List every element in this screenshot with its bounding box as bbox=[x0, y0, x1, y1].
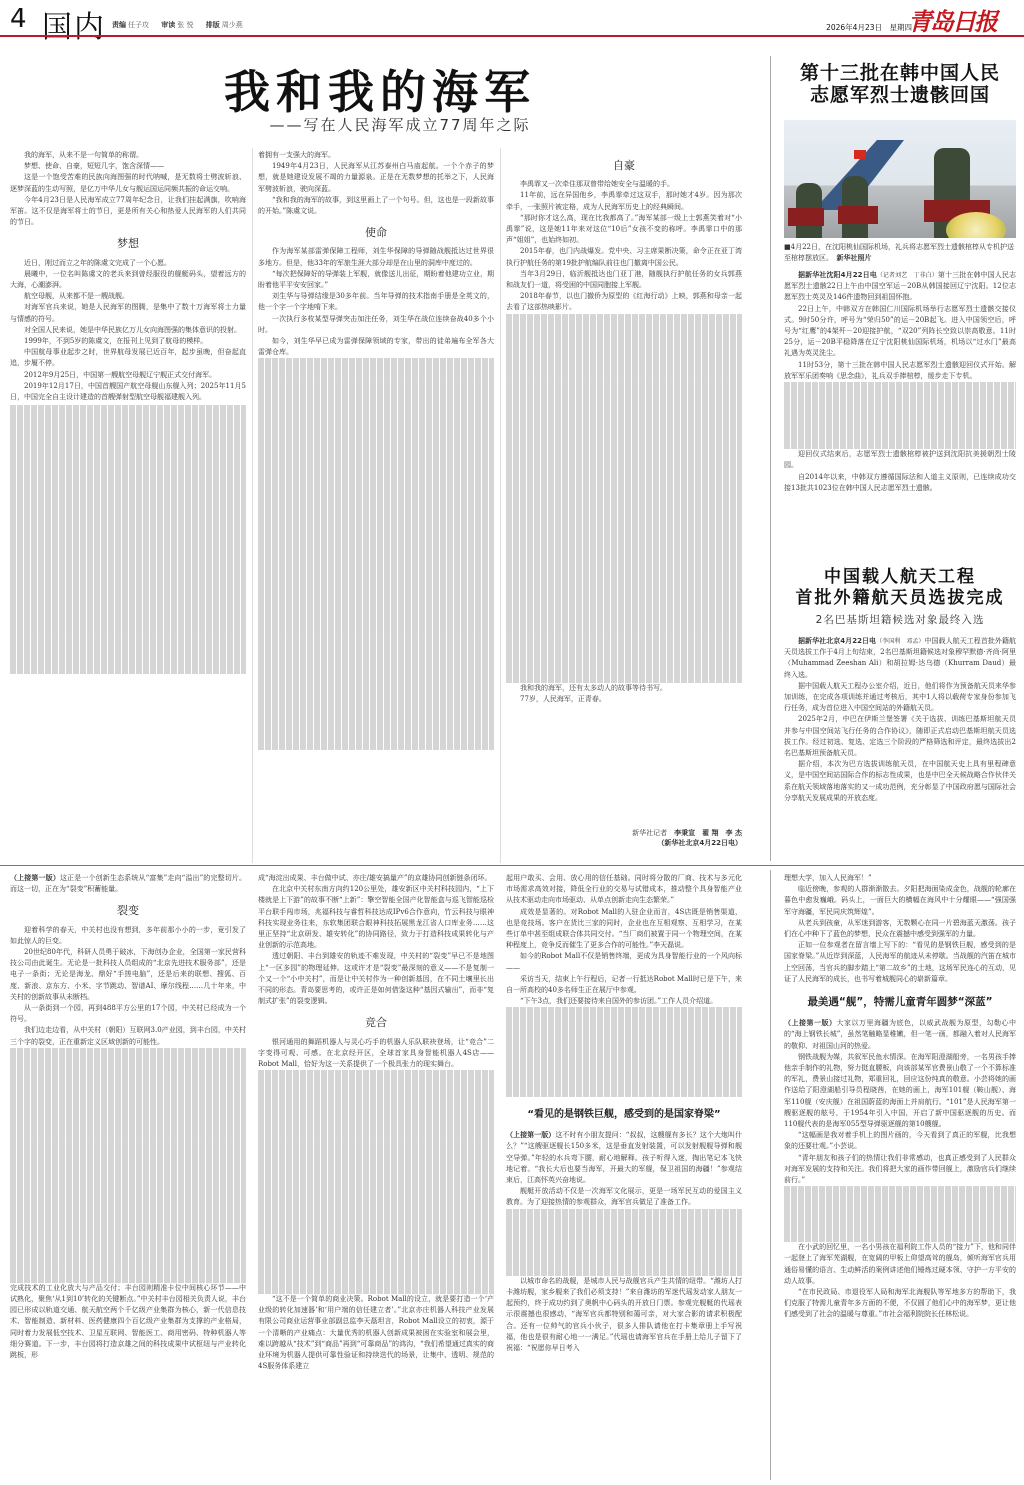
paragraph: 1949年4月23日，人民海军从江苏泰州白马庙起航。一个个赤子的梦想，就是她建设… bbox=[258, 161, 494, 195]
credit-name: 周少燕 bbox=[222, 21, 243, 29]
main-article-col-3: 自豪 李禹霏又一次牵住那双曾带给她安全与温暖的手。 11年前，远在异国他乡，李禹… bbox=[506, 160, 742, 705]
flower-wreath bbox=[946, 212, 1006, 238]
paragraph: 银河通用的舞蹈机器人与灵心巧手的机器人乐队联袂登场，让“竞合”二字变得可观、可感… bbox=[258, 1037, 494, 1071]
section-heading-dream: 梦想 bbox=[10, 238, 246, 249]
paragraph: 采访当天，结束上午行程后，记者一行抵达Robot Mall时已是下午，来自一所高… bbox=[506, 974, 742, 996]
section-heading-mission: 使命 bbox=[258, 227, 494, 238]
paragraph: 2019年12月17日，中国首艘国产航空母舰山东舰入列；2025年11月5日，中… bbox=[10, 381, 246, 403]
paragraph: 从老兵到孩童，从军迷到游客，无数颗心在同一片碧海蓝天激荡。孩子们在心中种下了蓝色… bbox=[784, 918, 1016, 940]
masthead: 4 国内 责编任子攻 审读张 悦 排版周少燕 2026年4月23日 星期四 青岛… bbox=[0, 0, 1024, 38]
continued-tag: （上接第一版） bbox=[784, 1019, 837, 1027]
paragraph: 我和我的海军，还有太多动人的故事等待书写。 bbox=[506, 683, 742, 694]
paragraph: 迎回仪式结束后，志愿军烈士遗骸棺椁被护送到沈阳抗美援朝烈士陵园。 bbox=[784, 449, 1016, 471]
casket bbox=[838, 206, 878, 224]
paragraph: 在小武的回忆里，一名小男孩在福利院工作人员的“接力”下，他和同伴一起登上了海军芜… bbox=[784, 1242, 1016, 1287]
side-story-2-body: 据新华社北京4月22日电（李国利 邓孟）中国载人航天工程首批外籍航天员选拔工作于… bbox=[784, 636, 1016, 804]
paragraph: 近日，刚过而立之年的陈虞文完成了一个心愿。 bbox=[10, 258, 246, 269]
main-subhead: ——写在人民海军成立77周年之际 bbox=[220, 114, 580, 135]
paragraph: 77岁，人民海军，正青春。 bbox=[506, 694, 742, 705]
paragraph: 2015年春，也门内战爆发。党中央、习主席果断决策，命令正在亚丁湾执行护航任务的… bbox=[506, 246, 742, 268]
continued-tag: （上接第一版） bbox=[10, 874, 60, 882]
issue-date: 2026年4月23日 星期四 bbox=[826, 22, 912, 33]
paragraph: 李禹霏又一次牵住那双曾带给她安全与温暖的手。 bbox=[506, 179, 742, 190]
section-heading-fission: 裂变 bbox=[10, 905, 246, 916]
paragraph: 对全国人民来说，她是中华民族亿万儿女向海图强的集体意识的投射。 bbox=[10, 325, 246, 336]
paragraph: 11年前，远在异国他乡，李禹霏牵过这双手，那时她才4岁。因为那次牵手，一张照片被… bbox=[506, 190, 742, 212]
paragraph: 中国航母事业起步之时，世界航母发展已近百年，起步虽晚，但奋起直追，步履不停。 bbox=[10, 347, 246, 369]
paragraph: 作为海军某部雷弹保障工程师，刘生华保障的导弹随战舰抵达过世界很多地方。但是，他3… bbox=[258, 246, 494, 268]
paragraph: 航空母舰，从来都不是一艘战舰。 bbox=[10, 291, 246, 302]
column-divider bbox=[770, 870, 771, 1480]
main-article-col-1: 我的海军，从来不是一句简单的称谓。 梦想、使命、自豪，短短几字，饱含深情—— 这… bbox=[10, 150, 246, 674]
paragraph: “在市民政局、市退役军人局和海军北海舰队等军地多方的帮助下，我们克服了特需儿童青… bbox=[784, 1287, 1016, 1321]
paragraph: 据中国载人航天工程办公室介绍，近日，他们将作为预备航天员来华参加训练，在完成各项… bbox=[784, 681, 1016, 715]
paragraph: 起用户敢买、会用、放心用的信任基础。同时将分散的厂商、技术与多元化市场需求高效对… bbox=[506, 873, 742, 907]
paragraph: 2025年2月，中巴在伊斯兰堡签署《关于选拔、训练巴基斯坦航天员并参与中国空间站… bbox=[784, 714, 1016, 759]
main-article-col-2: 着拥有一支强大的海军。 1949年4月23日，人民海军从江苏泰州白马庙起航。一个… bbox=[258, 150, 494, 750]
paragraph: 完成技术的工业化放大与产品交付；丰台园则精准卡位中间核心环节——中试熟化，聚焦‘… bbox=[10, 1283, 246, 1361]
lower-article-col-3: 起用户敢买、会用、放心用的信任基础。同时将分散的厂商、技术与多元化市场需求高效对… bbox=[506, 873, 742, 1354]
flag-icon bbox=[854, 150, 866, 159]
paragraph: 迎着科学的春天，中关村也没有想到，多年前那小小的一步，竟引发了如此惊人的巨变。 bbox=[10, 925, 246, 947]
section-heading-pride: 自豪 bbox=[506, 160, 742, 171]
paragraph: 着拥有一支强大的海军。 bbox=[258, 150, 494, 161]
column-divider bbox=[252, 148, 253, 863]
special-needs-title: 最美遇“舰”，特需儿童青年圆梦“深蓝” bbox=[784, 997, 1016, 1008]
paragraph: 透过朝阳、丰台到雄安的轨迹不难发现，中关村的“裂变”早已不是地图上“一区多园”的… bbox=[258, 951, 494, 1007]
paragraph: “青年朋友和孩子们的热情让我们非常感动，也真正感受到了人民群众对海军发展的支持和… bbox=[784, 1153, 1016, 1187]
column-divider bbox=[500, 148, 501, 863]
paragraph: 以城市命名的战舰，是城市人民与战舰官兵产生共情的纽带。“潍坊人打卡潍坊舰，家乡舰… bbox=[506, 1276, 742, 1354]
paragraph: 梦想、使命、自豪，短短几字，饱含深情—— bbox=[10, 161, 246, 172]
paragraph: 我们边走边看，从中关村（朝阳）互联网3.0产业园，到丰台园，中关村三个字的裂变，… bbox=[10, 1025, 246, 1047]
paragraph: 2018年春节，以也门撤侨为原型的《红海行动》上映，郭燕和母亲一起去看了这部热映… bbox=[506, 291, 742, 313]
paragraph: 成效是显著的。对Robot Mall的入驻企业而言，4S店既是销售渠道，也是竞技… bbox=[506, 907, 742, 952]
byline-label: 新华社记者 bbox=[632, 829, 667, 837]
title-line: 中国载人航天工程 bbox=[785, 567, 1015, 588]
section-name: 国内 bbox=[42, 2, 106, 46]
paragraph: 一次执行多枚某型导弹突击加注任务，刘生华在战位连续奋战40多个小时。 bbox=[258, 314, 494, 336]
caption-credit: 新华社照片 bbox=[837, 254, 872, 262]
paragraph: “每次把保障好的导弹装上军舰，就像送儿出征，期盼着他建功立业，期盼着他平平安安回… bbox=[258, 269, 494, 291]
casket bbox=[788, 208, 824, 226]
paragraph: 2012年9月25日，中国第一艘航空母舰辽宁舰正式交付海军。 bbox=[10, 370, 246, 381]
dateline: 据新华社沈阳4月22日电 bbox=[798, 271, 877, 279]
section-heading-compete: 竞合 bbox=[258, 1017, 494, 1028]
paragraph: 对海军官兵来说，她是人民海军的图腾，是集中了数十万海军将士力量与情感的符号。 bbox=[10, 302, 246, 324]
paragraph: 临近傍晚，参观的人群渐渐散去。夕阳把海面染成金色，战舰的轮廓在暮色中愈发巍峨。码… bbox=[784, 884, 1016, 918]
paragraph: 正如一位参观者在留言墙上写下的：“看见的是钢铁巨舰，感受到的是国家脊梁。”从近岸… bbox=[784, 940, 1016, 985]
byline-dateline: （新华社北京4月22日电） bbox=[657, 839, 742, 847]
credit-name: 张 悦 bbox=[177, 21, 193, 29]
editor-credits: 责编任子攻 审读张 悦 排版周少燕 bbox=[112, 20, 253, 30]
repatriation-photo bbox=[784, 120, 1016, 238]
paragraph: “这幅画是我对着手机上的图片画的，今天看到了真正的军舰，比我想象的还要壮观。”小… bbox=[784, 1130, 1016, 1152]
title-line: 第十三批在韩中国人民 bbox=[785, 62, 1015, 84]
paragraph: 在北京中关村东南方向约120公里处，雄安新区中关村科技园内，“上下楼就是上下游”… bbox=[258, 884, 494, 951]
lower-article-col-4: 理想大学，加入人民海军！” 临近傍晚，参观的人群渐渐散去。夕阳把海面染成金色，战… bbox=[784, 873, 1016, 1321]
side-story-1-title: 第十三批在韩中国人民 志愿军烈士遗骸回国 bbox=[785, 62, 1015, 106]
paragraph: 我的海军，从来不是一句简单的称谓。 bbox=[10, 150, 246, 161]
paragraph: “下午3点，我们还要接待来自国外的参访团。”工作人员介绍道。 bbox=[506, 996, 742, 1007]
section-divider bbox=[0, 865, 1024, 866]
paragraph: “那时你才这么高，现在比我都高了。”海军某部一级上士郭燕笑着对“小禹霏”说，这是… bbox=[506, 213, 742, 247]
paragraph: 钢铁战舰为媒，共叙军民鱼水情深。在海军阳澄湖船旁，一名男孩手捧他亲手制作的礼物，… bbox=[784, 1052, 1016, 1130]
caption-text: ■4月22日，在沈阳桃仙国际机场，礼兵将志愿军烈士遗骸棺椁从专机护送至棺椁摆放区… bbox=[784, 243, 1014, 262]
paragraph: 如今，刘生华早已成为雷弹保障领域的专家，带出的徒弟遍布全军各大雷弹仓库。 bbox=[258, 336, 494, 358]
paragraph: 1999年，不到5岁的陈虞文，在报刊上见到了航母的模样。 bbox=[10, 336, 246, 347]
title-line: 志愿军烈士遗骸回国 bbox=[785, 84, 1015, 106]
byline-names: 李秉宣 翟 翔 李 杰 bbox=[674, 829, 742, 837]
paragraph: 11时53分，第十三批在韩中国人民志愿军烈士遗骸迎回仪式开始。解放军军乐团奏响《… bbox=[784, 360, 1016, 382]
paragraph: 自2014年以来，中韩双方遵循国际法和人道主义原则，已连续成功交接13批共102… bbox=[784, 472, 1016, 494]
paragraph: “这不是一个简单的商业决策。Robot Mall的设立，就是要打造一个‘产业级的… bbox=[258, 1294, 494, 1372]
main-byline: 新华社记者 李秉宣 翟 翔 李 杰 （新华社北京4月22日电） bbox=[506, 828, 742, 848]
dateline: 据新华社北京4月22日电 bbox=[798, 637, 876, 645]
navy-open-day-title: “看见的是钢铁巨舰，感受到的是国家脊梁” bbox=[506, 1109, 742, 1120]
continued-tag: （上接第一版） bbox=[506, 1131, 555, 1139]
paragraph: 据介绍，本次为巴方选拔训练航天员，在中国航天史上具有里程碑意义，是中国空间站国际… bbox=[784, 759, 1016, 804]
paragraph: “我和我的海军的故事，到这里画上了一个句号。但，这也是一段新故事的开始。”陈虞文… bbox=[258, 195, 494, 217]
masthead-rule bbox=[0, 35, 1024, 37]
photo-caption: ■4月22日，在沈阳桃仙国际机场，礼兵将志愿军烈士遗骸棺椁从专机护送至棺椁摆放区… bbox=[784, 242, 1016, 264]
paragraph: 这是一个饱受苦难的民族向海图强的时代呐喊，是无数将士劈波斩浪、逐梦深蓝的生动写照… bbox=[10, 172, 246, 194]
lower-article-col-2: 成“海淀出成果、丰台做中试、亦庄/雄安搞量产”的京雄协同创新链条闭环。 在北京中… bbox=[258, 873, 494, 1372]
lower-article-col-1: （上接第一版）这正是一个创新生态系统从“富集”走向“溢出”的完整切片。而这一切，… bbox=[10, 873, 246, 1361]
paragraph: 成“海淀出成果、丰台做中试、亦庄/雄安搞量产”的京雄协同创新链条闭环。 bbox=[258, 873, 494, 884]
main-headline: 我和我的海军 bbox=[150, 56, 610, 122]
paragraph: 如今的Robot Mall不仅是销售终端，更成为具身智能行业的一个风向标—— bbox=[506, 951, 742, 973]
page-number: 4 bbox=[10, 4, 27, 34]
reporters: （李国利 邓孟） bbox=[876, 638, 924, 645]
side-story-1-body: 据新华社沈阳4月22日电（记者刘艺 丁非白）第十三批在韩中国人民志愿军烈士遗骸2… bbox=[784, 270, 1016, 494]
credit-name: 任子攻 bbox=[128, 21, 149, 29]
paragraph: 晨曦中，一位名叫陈虞文的老兵来到曾经服役的舰艇码头，望着远方的大海，心潮澎湃。 bbox=[10, 269, 246, 291]
paragraph: 从一条街到一个园，再到488平方公里的17个园，中关村已经成为一个符号。 bbox=[10, 1003, 246, 1025]
paragraph: 今年4月23日是人民海军成立77周年纪念日，让我们挂起满旗，吹响海军笛。这不仅是… bbox=[10, 195, 246, 229]
credit-role: 排版 bbox=[206, 21, 220, 29]
paragraph: 20世纪80年代，科研人员勇于破冰，下海创办企业，全国第一家民营科技公司由此诞生… bbox=[10, 947, 246, 1003]
side-story-2-title: 中国载人航天工程 首批外籍航天员选拔完成 bbox=[785, 567, 1015, 609]
paragraph: 当年3月29日，临沂舰抵达也门亚丁港，随舰执行护航任务的女兵郭燕和战友们一道，将… bbox=[506, 269, 742, 291]
paragraph: 理想大学，加入人民海军！” bbox=[784, 873, 1016, 884]
reporters: （记者刘艺 丁非白） bbox=[877, 272, 938, 279]
column-divider bbox=[770, 56, 771, 861]
credit-role: 审读 bbox=[161, 21, 175, 29]
side-story-2-subtitle: 2名巴基斯坦籍候选对象最终入选 bbox=[785, 612, 1015, 627]
paragraph: 舰艇开放活动不仅是一次海军文化展示，更是一场军民互动的爱国主义教育。为了迎接热情… bbox=[506, 1186, 742, 1208]
paragraph: 刘生华与导弹结缘是30多年前。当年导弹的技术指南手册是全英文的，他一个字一个字地… bbox=[258, 291, 494, 313]
title-line: 首批外籍航天员选拔完成 bbox=[785, 588, 1015, 609]
newspaper-logo: 青岛日报 bbox=[908, 2, 996, 37]
credit-role: 责编 bbox=[112, 21, 126, 29]
paragraph: 22日上午，中韩双方在韩国仁川国际机场举行志愿军烈士遗骸交接仪式。9时50分许，… bbox=[784, 304, 1016, 360]
